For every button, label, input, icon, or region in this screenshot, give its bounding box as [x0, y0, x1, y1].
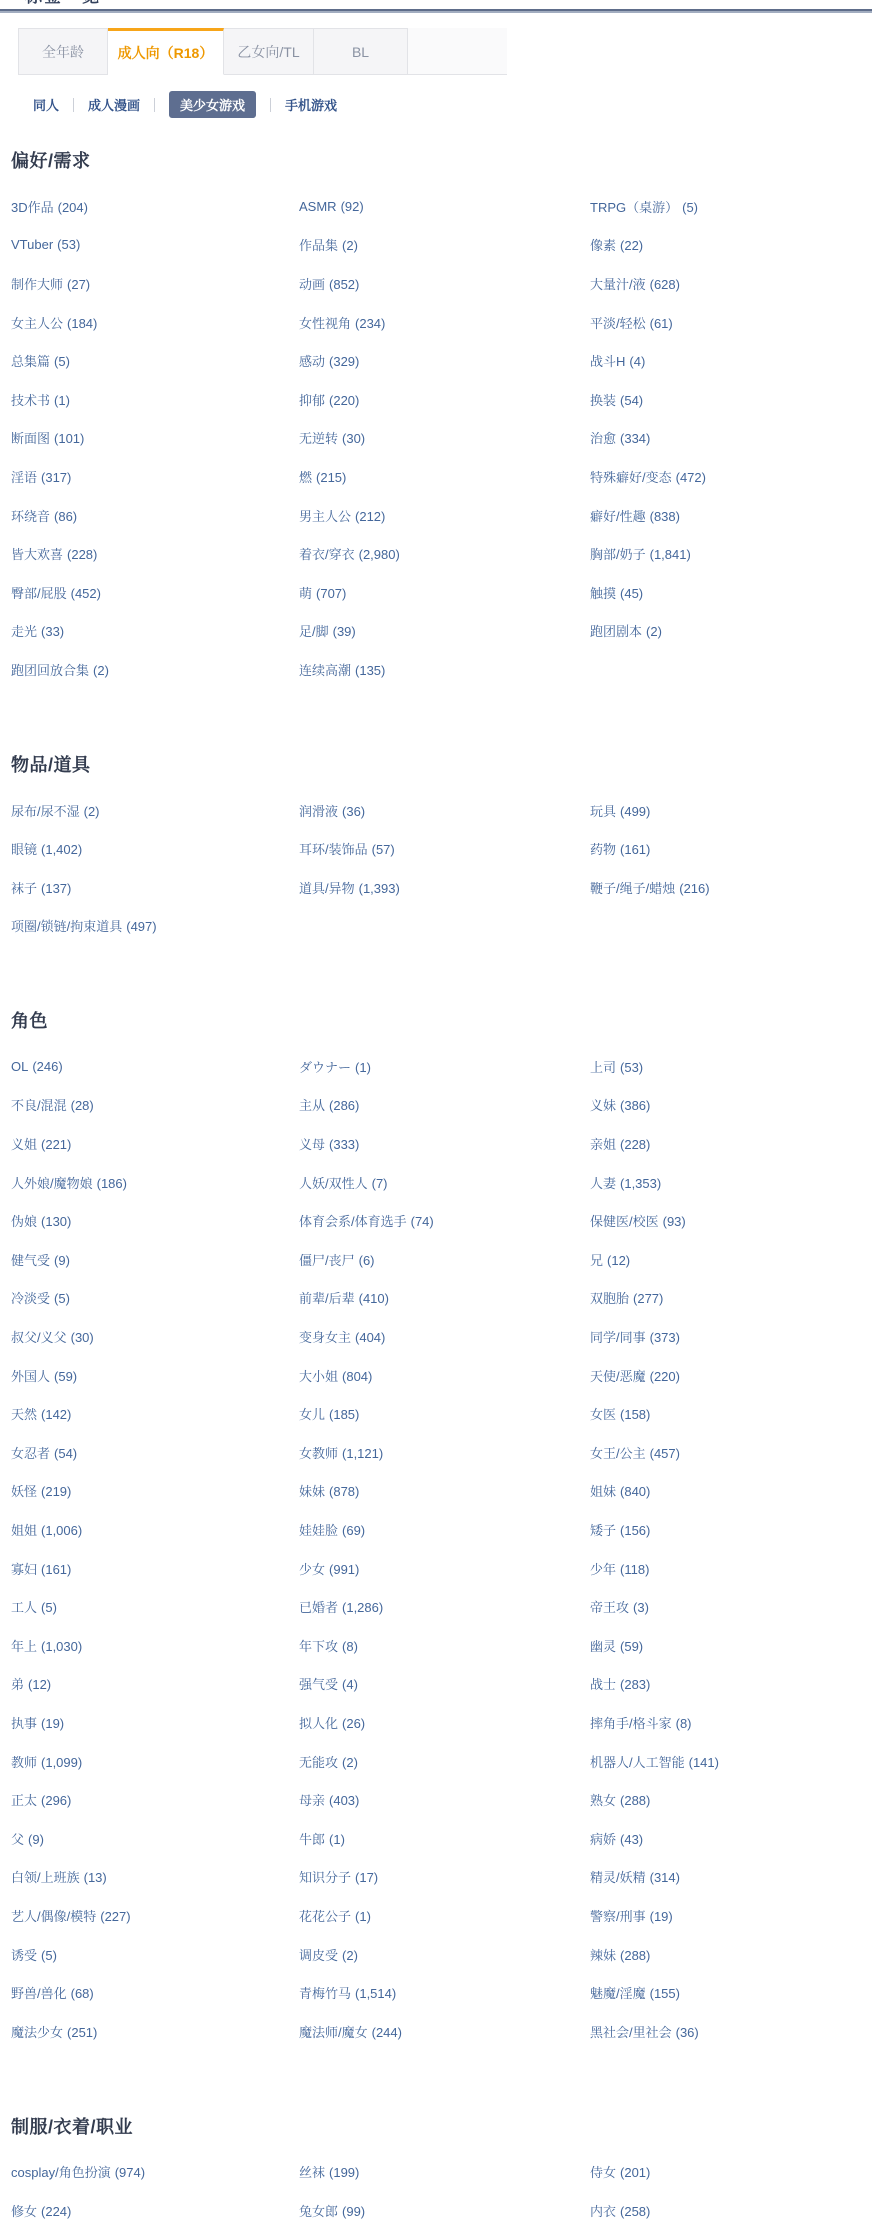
tag-link[interactable]: 技术书(1) — [11, 390, 299, 409]
tag-count: (22) — [620, 238, 643, 253]
tag-link[interactable]: 道具/异物(1,393) — [299, 878, 590, 897]
tag-link[interactable]: 矮子(156) — [590, 1520, 872, 1539]
tag-link[interactable]: 足/脚(39) — [299, 621, 590, 640]
tag-link[interactable]: 少年(118) — [590, 1559, 872, 1578]
tag-label: 人妻 — [590, 1176, 616, 1191]
tag-label: 白领/上班族 — [11, 1870, 80, 1885]
tag-label: 精灵/妖精 — [590, 1870, 646, 1885]
tag-count: (4) — [342, 1677, 358, 1692]
tag-count: (156) — [620, 1523, 650, 1538]
tag-count: (5) — [54, 354, 70, 369]
tag-count: (141) — [689, 1755, 719, 1770]
tag-count: (12) — [607, 1253, 630, 1268]
tag-link[interactable]: 同学/同事(373) — [590, 1327, 872, 1346]
tag-link[interactable]: ダウナー(1) — [299, 1057, 590, 1076]
tag-link[interactable]: 女忍者(54) — [11, 1443, 299, 1462]
tag-label: 体育会系/体育选手 — [299, 1214, 407, 1229]
tag-count: (28) — [71, 1098, 94, 1113]
tag-count: (6) — [359, 1253, 375, 1268]
tag-link[interactable]: 平淡/轻松(61) — [590, 313, 872, 332]
tag-link[interactable]: 执事(19) — [11, 1713, 299, 1732]
tag-link[interactable]: 妹妹(878) — [299, 1481, 590, 1500]
tag-count: (452) — [71, 586, 101, 601]
tag-link[interactable]: 药物(161) — [590, 839, 872, 858]
tag-label: 换装 — [590, 393, 616, 408]
tag-label: 润滑液 — [299, 804, 338, 819]
tag-count: (4) — [629, 354, 645, 369]
tag-count: (161) — [620, 842, 650, 857]
tag-count: (288) — [620, 1793, 650, 1808]
tag-link[interactable]: 动画(852) — [299, 274, 590, 293]
tag-link[interactable]: 天然(142) — [11, 1404, 299, 1423]
tag-link[interactable]: 作品集(2) — [299, 235, 590, 254]
tag-label: 病娇 — [590, 1832, 616, 1847]
tag-count: (5) — [41, 1600, 57, 1615]
tag-link[interactable]: ASMR(92) — [299, 199, 590, 214]
tag-label: 同学/同事 — [590, 1330, 646, 1345]
tag-link[interactable]: 教师(1,099) — [11, 1752, 299, 1771]
tag-count: (628) — [650, 277, 680, 292]
tag-count: (373) — [650, 1330, 680, 1345]
tag-link[interactable]: 兄(12) — [590, 1250, 872, 1269]
tag-count: (1,030) — [41, 1639, 82, 1654]
tag-link[interactable]: 感动(329) — [299, 351, 590, 370]
tag-link[interactable]: 跑团回放合集(2) — [11, 660, 299, 679]
tag-count: (283) — [620, 1677, 650, 1692]
tag-label: 强气受 — [299, 1677, 338, 1692]
tag-count: (1,286) — [342, 1600, 383, 1615]
subnav-item-mobile-games[interactable]: 手机游戏 — [285, 91, 337, 118]
tag-count: (8) — [342, 1639, 358, 1654]
tag-count: (220) — [329, 393, 359, 408]
tag-count: (1,121) — [342, 1446, 383, 1461]
tag-link[interactable]: 制作大师(27) — [11, 274, 299, 293]
tag-link[interactable]: 丝袜(199) — [299, 2162, 590, 2181]
tag-count: (840) — [620, 1484, 650, 1499]
tag-count: (1,841) — [650, 547, 691, 562]
tag-count: (974) — [115, 2165, 145, 2180]
tag-count: (472) — [676, 470, 706, 485]
tag-link[interactable]: 年上(1,030) — [11, 1636, 299, 1655]
tag-link[interactable]: 艺人/偶像/模特(227) — [11, 1906, 299, 1925]
tag-label: 平淡/轻松 — [590, 316, 646, 331]
tag-count: (1) — [329, 1832, 345, 1847]
tag-label: 技术书 — [11, 393, 50, 408]
tag-label: 叔父/义父 — [11, 1330, 67, 1345]
tag-link[interactable]: 侍女(201) — [590, 2162, 872, 2181]
tag-label: 工人 — [11, 1600, 37, 1615]
tag-link[interactable]: 姐姐(1,006) — [11, 1520, 299, 1539]
tag-label: 外国人 — [11, 1369, 50, 1384]
tag-link[interactable]: 兔女郎(99) — [299, 2201, 590, 2220]
tag-label: 眼镜 — [11, 842, 37, 857]
tag-label: 战士 — [590, 1677, 616, 1692]
tag-label: 魅魔/淫魔 — [590, 1986, 646, 2001]
tab-all-ages[interactable]: 全年龄 — [18, 28, 108, 75]
subnav-item-doujin[interactable]: 同人 — [33, 91, 59, 118]
tag-count: (219) — [41, 1484, 71, 1499]
tag-grid: 尿布/尿不湿(2)润滑液(36)玩具(499)眼镜(1,402)耳环/装饰品(5… — [11, 791, 872, 945]
tag-label: 冷淡受 — [11, 1291, 50, 1306]
tag-label: 走光 — [11, 624, 37, 639]
tag-label: 不良/混混 — [11, 1098, 67, 1113]
tag-count: (228) — [67, 547, 97, 562]
tag-label: 内衣 — [590, 2204, 616, 2219]
page-title-clipped: 标签一览 — [25, 0, 872, 9]
tag-count: (227) — [100, 1909, 130, 1924]
tag-count: (161) — [41, 1562, 71, 1577]
tag-link[interactable]: 健气受(9) — [11, 1250, 299, 1269]
tag-label: 妹妹 — [299, 1484, 325, 1499]
subnav-item-bishoujo-games[interactable]: 美少女游戏 — [169, 91, 256, 118]
tag-link[interactable]: 摔角手/格斗家(8) — [590, 1713, 872, 1732]
tag-label: 感动 — [299, 354, 325, 369]
tag-link[interactable]: 双胞胎(277) — [590, 1288, 872, 1307]
tag-label: 少女 — [299, 1562, 325, 1577]
tag-count: (288) — [620, 1948, 650, 1963]
tag-link[interactable]: 润滑液(36) — [299, 801, 590, 820]
tag-link[interactable]: 燃(215) — [299, 467, 590, 486]
tag-link[interactable]: 正太(296) — [11, 1790, 299, 1809]
tag-link[interactable]: 癖好/性趣(838) — [590, 506, 872, 525]
tag-label: 青梅竹马 — [299, 1986, 351, 2001]
tag-count: (5) — [682, 200, 698, 215]
tag-link[interactable]: 女教师(1,121) — [299, 1443, 590, 1462]
tag-link[interactable]: 诱受(5) — [11, 1945, 299, 1964]
tag-link[interactable]: 熟女(288) — [590, 1790, 872, 1809]
tag-link[interactable]: 亲姐(228) — [590, 1134, 872, 1153]
tag-count: (155) — [650, 1986, 680, 2001]
tag-label: 癖好/性趣 — [590, 509, 646, 524]
tag-link[interactable]: 3D作品(204) — [11, 197, 299, 216]
tag-count: (9) — [28, 1832, 44, 1847]
tag-label: 像素 — [590, 238, 616, 253]
tag-link[interactable]: 魔法少女(251) — [11, 2022, 299, 2041]
tag-link[interactable]: 女医(158) — [590, 1404, 872, 1423]
tag-link[interactable]: 跑团剧本(2) — [590, 621, 872, 640]
tag-count: (7) — [372, 1176, 388, 1191]
tag-link[interactable]: 大量汁/液(628) — [590, 274, 872, 293]
tag-count: (878) — [329, 1484, 359, 1499]
tag-link[interactable]: 前辈/后辈(410) — [299, 1288, 590, 1307]
tag-link[interactable]: 女性视角(234) — [299, 313, 590, 332]
tag-link[interactable]: 皆大欢喜(228) — [11, 544, 299, 563]
tag-link[interactable]: 少女(991) — [299, 1559, 590, 1578]
subcategory-nav: 同人成人漫画美少女游戏手机游戏 — [33, 91, 872, 118]
tag-link[interactable]: 总集篇(5) — [11, 351, 299, 370]
tab-label: BL — [352, 44, 369, 60]
tag-count: (216) — [679, 881, 709, 896]
tag-link[interactable]: 调皮受(2) — [299, 1945, 590, 1964]
tag-label: 正太 — [11, 1793, 37, 1808]
tag-label: 伪娘 — [11, 1214, 37, 1229]
tag-link[interactable]: 知识分子(17) — [299, 1867, 590, 1886]
tag-label: 拟人化 — [299, 1716, 338, 1731]
section-items-props: 物品/道具尿布/尿不湿(2)润滑液(36)玩具(499)眼镜(1,402)耳环/… — [0, 751, 872, 945]
tag-link[interactable]: 母亲(403) — [299, 1790, 590, 1809]
tag-count: (59) — [620, 1639, 643, 1654]
tag-count: (26) — [342, 1716, 365, 1731]
tag-link[interactable]: 袜子(137) — [11, 878, 299, 897]
tag-label: 双胞胎 — [590, 1291, 629, 1306]
tag-label: 摔角手/格斗家 — [590, 1716, 672, 1731]
section-uniforms-clothing-occupation: 制服/衣着/职业cosplay/角色扮演(974)丝袜(199)侍女(201)修… — [0, 2113, 872, 2230]
tag-count: (457) — [650, 1446, 680, 1461]
tag-count: (118) — [620, 1562, 649, 1577]
tag-label: 健气受 — [11, 1253, 50, 1268]
tag-label: OL — [11, 1059, 28, 1074]
tag-link[interactable]: 姐妹(840) — [590, 1481, 872, 1500]
tag-count: (59) — [54, 1369, 77, 1384]
tag-link[interactable]: 伪娘(130) — [11, 1211, 299, 1230]
tag-link[interactable]: 治愈(334) — [590, 428, 872, 447]
tag-link[interactable]: 大小姐(804) — [299, 1366, 590, 1385]
tag-count: (27) — [67, 277, 90, 292]
tag-count: (92) — [341, 199, 364, 214]
tag-count: (99) — [342, 2204, 365, 2219]
tag-label: VTuber — [11, 237, 53, 252]
tag-link[interactable]: 义妹(386) — [590, 1095, 872, 1114]
tag-label: 天使/恶魔 — [590, 1369, 646, 1384]
section-title: 物品/道具 — [11, 751, 872, 777]
tag-label: 亲姐 — [590, 1137, 616, 1152]
section-preferences: 偏好/需求3D作品(204)ASMR(92)TRPG（桌游）(5)VTuber(… — [0, 147, 872, 689]
tag-link[interactable]: 男主人公(212) — [299, 506, 590, 525]
tag-link[interactable]: 眼镜(1,402) — [11, 839, 299, 858]
tag-link[interactable]: 断面图(101) — [11, 428, 299, 447]
tag-count: (158) — [620, 1407, 650, 1422]
tag-link[interactable]: 机器人/人工智能(141) — [590, 1752, 872, 1771]
tag-count: (54) — [54, 1446, 77, 1461]
tag-count: (43) — [620, 1832, 643, 1847]
tag-label: 环绕音 — [11, 509, 50, 524]
tag-count: (130) — [41, 1214, 71, 1229]
tag-count: (19) — [650, 1909, 673, 1924]
tag-count: (199) — [329, 2165, 359, 2180]
tag-count: (1,402) — [41, 842, 82, 857]
tag-label: 牛郎 — [299, 1832, 325, 1847]
tab-bl[interactable]: BL — [314, 28, 408, 75]
subnav-item-adult-comics[interactable]: 成人漫画 — [88, 91, 140, 118]
tag-link[interactable]: 辣妹(288) — [590, 1945, 872, 1964]
tag-label: 弟 — [11, 1677, 24, 1692]
tag-link[interactable]: 胸部/奶子(1,841) — [590, 544, 872, 563]
tag-link[interactable]: 女主人公(184) — [11, 313, 299, 332]
tag-count: (185) — [329, 1407, 359, 1422]
tag-link[interactable]: 义母(333) — [299, 1134, 590, 1153]
tag-link[interactable]: 黑社会/里社会(36) — [590, 2022, 872, 2041]
tag-label: 丝袜 — [299, 2165, 325, 2180]
tag-count: (184) — [67, 316, 97, 331]
tag-link[interactable]: 尿布/尿不湿(2) — [11, 801, 299, 820]
tag-link[interactable]: TRPG（桌游）(5) — [590, 197, 872, 216]
tag-link[interactable]: 寡妇(161) — [11, 1559, 299, 1578]
tag-link[interactable]: 人妖/双性人(7) — [299, 1173, 590, 1192]
tag-count: (36) — [342, 804, 365, 819]
tag-link[interactable]: 变身女主(404) — [299, 1327, 590, 1346]
tag-link[interactable]: 主从(286) — [299, 1095, 590, 1114]
tag-count: (2) — [342, 1948, 358, 1963]
tag-link[interactable]: 妖怪(219) — [11, 1481, 299, 1500]
tag-label: 女性视角 — [299, 316, 351, 331]
tag-link[interactable]: 战士(283) — [590, 1674, 872, 1693]
tag-link[interactable]: VTuber(53) — [11, 237, 299, 252]
tag-link[interactable]: 换装(54) — [590, 390, 872, 409]
tag-count: (101) — [54, 431, 84, 446]
tag-count: (2) — [646, 624, 662, 639]
tag-link[interactable]: 连续高潮(135) — [299, 660, 590, 679]
tag-label: 机器人/人工智能 — [590, 1755, 685, 1770]
tag-link[interactable]: 外国人(59) — [11, 1366, 299, 1385]
tag-link[interactable]: 玩具(499) — [590, 801, 872, 820]
tag-link[interactable]: 臀部/屁股(452) — [11, 583, 299, 602]
tag-link[interactable]: 白领/上班族(13) — [11, 1867, 299, 1886]
tag-label: 侍女 — [590, 2165, 616, 2180]
tag-label: 大量汁/液 — [590, 277, 646, 292]
tag-link[interactable]: 义姐(221) — [11, 1134, 299, 1153]
tag-link[interactable]: 萌(707) — [299, 583, 590, 602]
tab-label: 成人向（R18） — [118, 43, 214, 63]
tag-link[interactable]: 已婚者(1,286) — [299, 1597, 590, 1616]
tag-link[interactable]: 工人(5) — [11, 1597, 299, 1616]
tag-link[interactable]: 弟(12) — [11, 1674, 299, 1693]
tag-label: 兔女郎 — [299, 2204, 338, 2219]
tag-count: (12) — [28, 1677, 51, 1692]
tag-label: 耳环/装饰品 — [299, 842, 368, 857]
tag-count: (314) — [650, 1870, 680, 1885]
tag-link[interactable]: 上司(53) — [590, 1057, 872, 1076]
tag-label: 僵尸/丧尸 — [299, 1253, 355, 1268]
tag-link[interactable]: 魔法师/魔女(244) — [299, 2022, 590, 2041]
tag-count: (317) — [41, 470, 71, 485]
tab-otome-tl[interactable]: 乙女向/TL — [224, 28, 314, 75]
tag-link[interactable]: 魅魔/淫魔(155) — [590, 1983, 872, 2002]
tag-link[interactable]: 病娇(43) — [590, 1829, 872, 1848]
tag-link[interactable]: 女儿(185) — [299, 1404, 590, 1423]
tag-link[interactable]: 体育会系/体育选手(74) — [299, 1211, 590, 1230]
tag-link[interactable]: 鞭子/绳子/蜡烛(216) — [590, 878, 872, 897]
tag-label: 执事 — [11, 1716, 37, 1731]
tag-label: 人外娘/魔物娘 — [11, 1176, 93, 1191]
tag-link[interactable]: 无逆转(30) — [299, 428, 590, 447]
tag-count: (69) — [342, 1523, 365, 1538]
tag-label: 足/脚 — [299, 624, 329, 639]
tag-count: (1) — [54, 393, 70, 408]
tag-label: 已婚者 — [299, 1600, 338, 1615]
tag-link[interactable]: 人外娘/魔物娘(186) — [11, 1173, 299, 1192]
tag-link[interactable]: 年下攻(8) — [299, 1636, 590, 1655]
tag-label: 兄 — [590, 1253, 603, 1268]
tag-count: (86) — [54, 509, 77, 524]
section-title: 制服/衣着/职业 — [11, 2113, 872, 2139]
tag-label: 女忍者 — [11, 1446, 50, 1461]
tab-adult-r18[interactable]: 成人向（R18） — [108, 28, 224, 75]
tag-link[interactable]: 冷淡受(5) — [11, 1288, 299, 1307]
tag-link[interactable]: 牛郎(1) — [299, 1829, 590, 1848]
tag-label: 燃 — [299, 470, 312, 485]
tag-label: 年下攻 — [299, 1639, 338, 1654]
tag-link[interactable]: 不良/混混(28) — [11, 1095, 299, 1114]
tag-link[interactable]: 环绕音(86) — [11, 506, 299, 525]
tag-count: (838) — [650, 509, 680, 524]
tag-count: (224) — [41, 2204, 71, 2219]
tag-label: 义妹 — [590, 1098, 616, 1113]
tag-count: (329) — [329, 354, 359, 369]
tag-link[interactable]: 叔父/义父(30) — [11, 1327, 299, 1346]
tag-link[interactable]: 父(9) — [11, 1829, 299, 1848]
tag-link[interactable]: 精灵/妖精(314) — [590, 1867, 872, 1886]
tag-link[interactable]: cosplay/角色扮演(974) — [11, 2162, 299, 2181]
tag-count: (333) — [329, 1137, 359, 1152]
tag-link[interactable]: 女王/公主(457) — [590, 1443, 872, 1462]
tag-count: (410) — [359, 1291, 389, 1306]
tag-label: 诱受 — [11, 1948, 37, 1963]
tag-link[interactable]: 僵尸/丧尸(6) — [299, 1250, 590, 1269]
tag-link[interactable]: 抑郁(220) — [299, 390, 590, 409]
tag-count: (2) — [84, 804, 100, 819]
tag-label: 胸部/奶子 — [590, 547, 646, 562]
tag-link[interactable]: 拟人化(26) — [299, 1713, 590, 1732]
tag-link[interactable]: 内衣(258) — [590, 2201, 872, 2220]
tag-label: 战斗H — [590, 354, 625, 369]
tag-link[interactable]: 警察/刑事(19) — [590, 1906, 872, 1925]
tag-label: 幽灵 — [590, 1639, 616, 1654]
tag-count: (3) — [633, 1600, 649, 1615]
page-title: 标签一览 — [25, 0, 872, 8]
tag-label: 鞭子/绳子/蜡烛 — [590, 881, 675, 896]
tag-link[interactable]: 娃娃脸(69) — [299, 1520, 590, 1539]
tag-link[interactable]: 帝王攻(3) — [590, 1597, 872, 1616]
tag-link[interactable]: 青梅竹马(1,514) — [299, 1983, 590, 2002]
tag-count: (5) — [54, 1291, 70, 1306]
tag-link[interactable]: 战斗H(4) — [590, 351, 872, 370]
tag-link[interactable]: 无能攻(2) — [299, 1752, 590, 1771]
tag-count: (804) — [342, 1369, 372, 1384]
tag-link[interactable]: 天使/恶魔(220) — [590, 1366, 872, 1385]
tag-link[interactable]: 着衣/穿衣(2,980) — [299, 544, 590, 563]
tag-link[interactable]: 花花公子(1) — [299, 1906, 590, 1925]
tag-link[interactable]: 人妻(1,353) — [590, 1173, 872, 1192]
tag-label: 着衣/穿衣 — [299, 547, 355, 562]
tag-count: (19) — [41, 1716, 64, 1731]
tag-link[interactable]: 触摸(45) — [590, 583, 872, 602]
tag-label: 义姐 — [11, 1137, 37, 1152]
tag-label: 药物 — [590, 842, 616, 857]
tag-label: 断面图 — [11, 431, 50, 446]
tag-link[interactable]: 强气受(4) — [299, 1674, 590, 1693]
tag-link[interactable]: 淫语(317) — [11, 467, 299, 486]
tag-link[interactable]: 像素(22) — [590, 235, 872, 254]
tag-label: 跑团剧本 — [590, 624, 642, 639]
tag-count: (137) — [41, 881, 71, 896]
tag-count: (135) — [355, 663, 385, 678]
tag-link[interactable]: 修女(224) — [11, 2201, 299, 2220]
tag-link[interactable]: 保健医/校医(93) — [590, 1211, 872, 1230]
tag-link[interactable]: 野兽/兽化(68) — [11, 1983, 299, 2002]
tag-link[interactable]: 耳环/装饰品(57) — [299, 839, 590, 858]
tag-label: 袜子 — [11, 881, 37, 896]
tag-link[interactable]: 项圈/锁链/拘束道具(497) — [11, 916, 299, 935]
tag-link[interactable]: 走光(33) — [11, 621, 299, 640]
tag-label: 母亲 — [299, 1793, 325, 1808]
tag-count: (212) — [355, 509, 385, 524]
tag-link[interactable]: OL(246) — [11, 1059, 299, 1074]
tag-link[interactable]: 特殊癖好/变态(472) — [590, 467, 872, 486]
tag-label: 无逆转 — [299, 431, 338, 446]
tag-link[interactable]: 幽灵(59) — [590, 1636, 872, 1655]
tag-label: 道具/异物 — [299, 881, 355, 896]
tab-strip-filler — [408, 28, 507, 75]
